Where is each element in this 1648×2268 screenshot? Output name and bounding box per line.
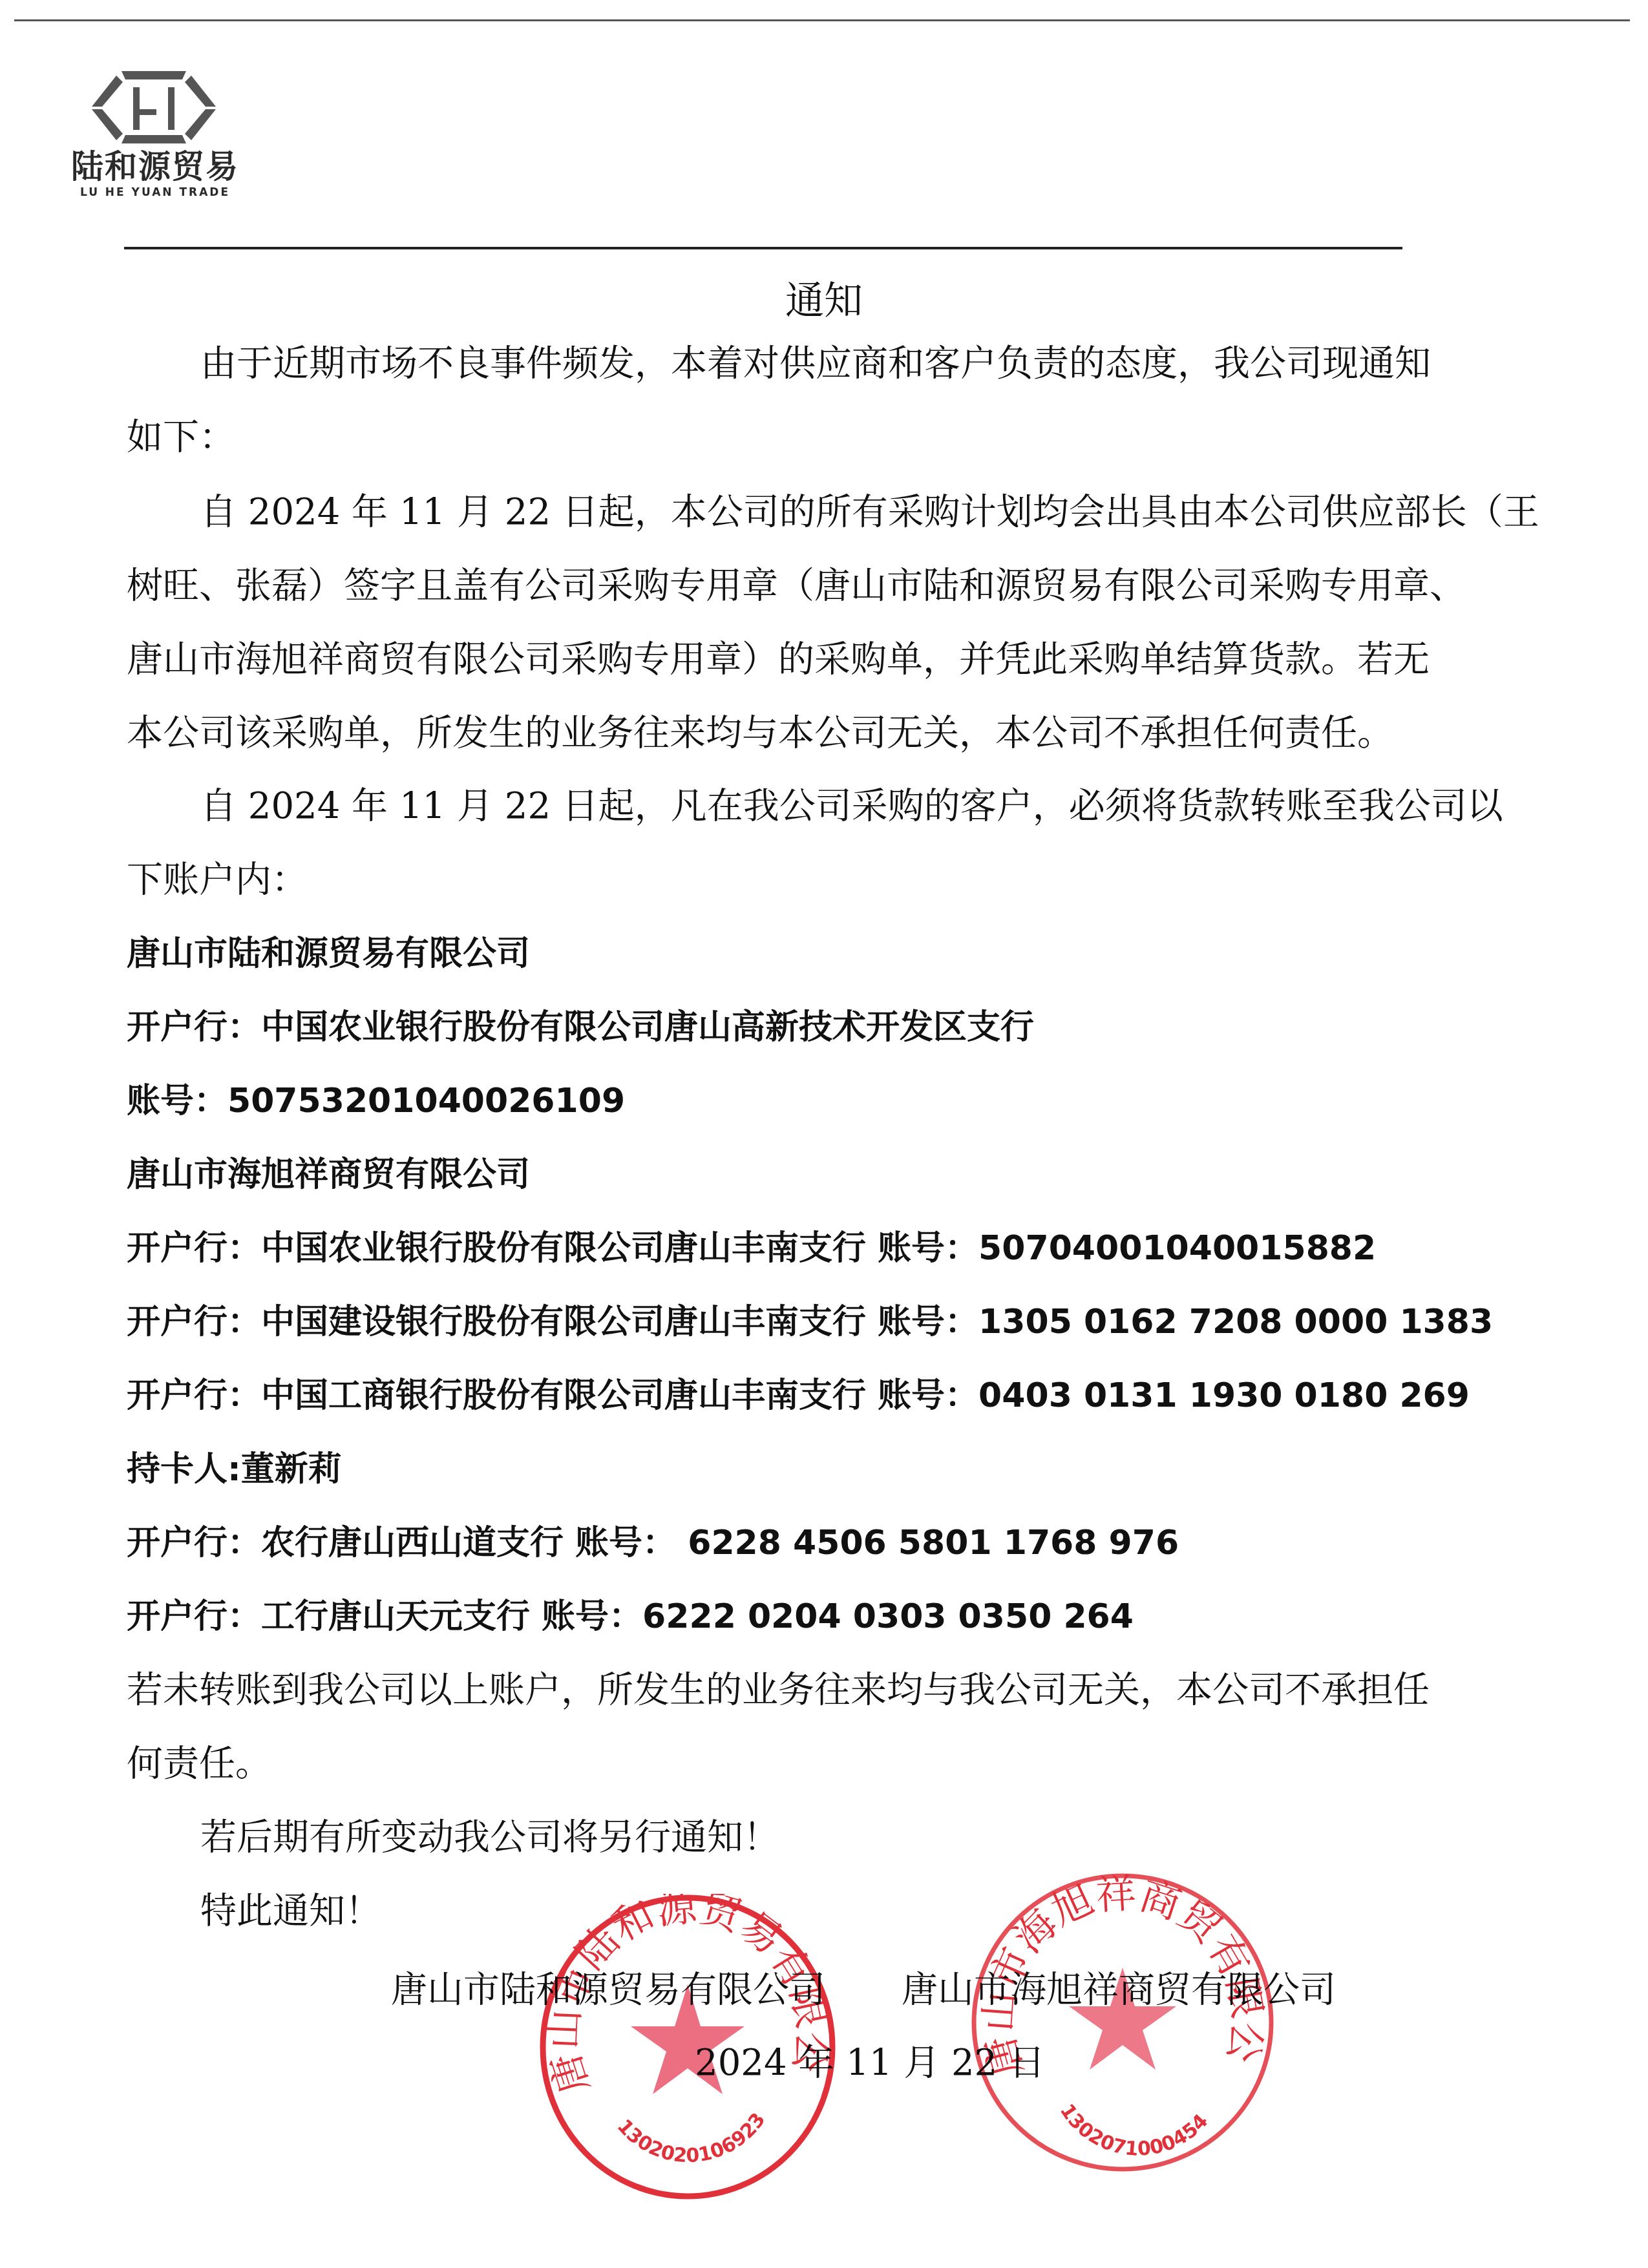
company2-bank-icbc: 开户行：中国工商银行股份有限公司唐山丰南支行 账号：0403 0131 1930… [127,1373,1470,1418]
company1-name: 唐山市陆和源贸易有限公司 [127,931,530,976]
paragraph-line: 自 2024 年 11 月 22 日起，凡在我公司采购的客户，必须将货款转账至我… [200,784,1503,829]
company1-seal-stamp: 唐山市陆和源贸易有限公司采购专用章 1302020106923 [539,1894,836,2201]
company1-bank: 开户行：中国农业银行股份有限公司唐山高新技术开发区支行 [127,1005,1034,1050]
paragraph-line: 树旺、张磊）签字且盖有公司采购专用章（唐山市陆和源贸易有限公司采购专用章、 [127,563,1466,609]
paragraph-line: 下账户内： [127,857,308,903]
notice-title: 通知 [0,270,1648,326]
closing-line: 若后期有所变动我公司将另行通知！ [200,1815,779,1860]
company2-bank-ccb: 开户行：中国建设银行股份有限公司唐山丰南支行 账号：1305 0162 7208… [127,1299,1493,1345]
paragraph-line: 本公司该采购单，所发生的业务往来均与本公司无关，本公司不承担任何责任。 [127,711,1393,756]
company2-seal-stamp: 唐山市海旭祥商贸有限公司采购专用章 1302071000454 [969,1871,1276,2174]
paragraph-line: 如下： [127,415,235,460]
company2-bank-abc: 开户行：中国农业银行股份有限公司唐山丰南支行 账号：50704001040015… [127,1226,1376,1271]
closing-line: 何责任。 [127,1741,271,1787]
cardholder-bank-abc: 开户行：农行唐山西山道支行 账号： 6228 4506 5801 1768 97… [127,1520,1179,1566]
closing-line: 若未转账到我公司以上账户，所发生的业务往来均与我公司无关，本公司不承担任 [127,1668,1430,1713]
cardholder-bank-icbc: 开户行：工行唐山天元支行 账号：6222 0204 0303 0350 264 [127,1594,1134,1639]
top-border-line [14,19,1630,21]
hexagon-h-logo-icon [76,68,231,145]
cardholder-label: 持卡人:董新莉 [127,1447,342,1492]
company2-name: 唐山市海旭祥商贸有限公司 [127,1152,530,1197]
closing-line: 特此通知！ [200,1889,381,1934]
paragraph-line: 自 2024 年 11 月 22 日起，本公司的所有采购计划均会出具由本公司供应… [200,490,1539,535]
svg-text:1302020106923: 1302020106923 [613,2109,770,2168]
header-divider [124,247,1402,249]
paragraph-line: 由于近期市场不良事件频发，本着对供应商和客户负责的态度，我公司现通知 [200,341,1431,386]
logo-name-cn: 陆和源贸易 [52,141,259,187]
logo-name-en: LU HE YUAN TRADE [52,186,259,199]
company1-account: 账号：50753201040026109 [127,1078,625,1124]
paragraph-line: 唐山市海旭祥商贸有限公司采购专用章）的采购单，并凭此采购单结算货款。若无 [127,637,1430,682]
stamp1-code: 1302020106923 [613,2109,770,2168]
